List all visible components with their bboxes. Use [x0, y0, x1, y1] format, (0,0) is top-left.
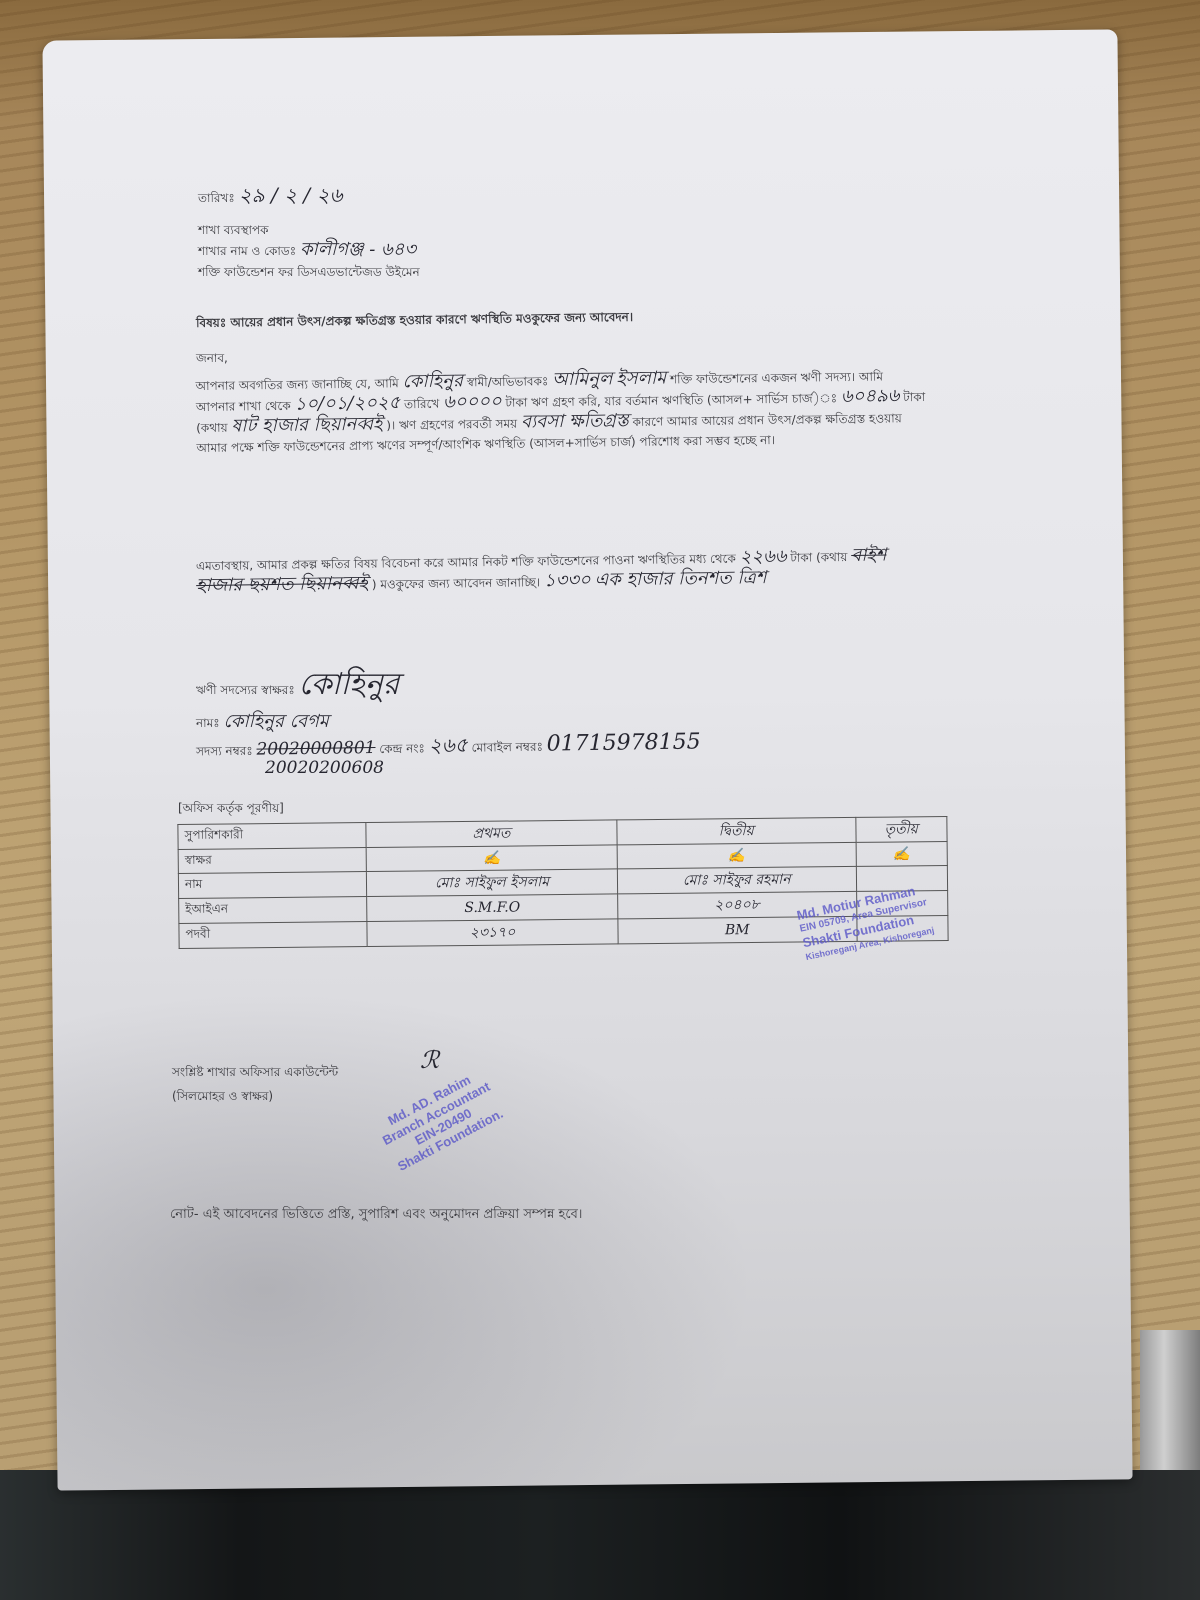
name-cell: মোঃ সাইফুল ইসলাম: [366, 869, 617, 897]
para2-text: টাকা (কথায়: [790, 550, 847, 565]
corrected-amount-field: ১৩৩০: [544, 570, 591, 592]
center-no: ২৬৫: [428, 733, 467, 758]
member-no-label: সদস্য নম্বরঃ: [196, 744, 253, 759]
recipient-title: শাখা ব্যবস্থাপক: [198, 220, 269, 240]
loan-date-field: ১০/০১/২০২৫: [294, 392, 400, 414]
guardian-name-field-cont: ইসলাম: [616, 368, 666, 390]
mobile-number: 01715978155: [547, 729, 701, 756]
para1-text: স্বামী/অভিভাবকঃ: [467, 374, 549, 389]
para1-text: তারিখে: [404, 397, 439, 411]
shadow-overlay: [52, 983, 757, 1490]
para1-text: টাকা ঋণ গ্রহণ করি, যার বর্তমান ঋণস্থিতি …: [505, 391, 837, 410]
accountant-signature: ℛ: [420, 1050, 439, 1070]
office-use-label: [অফিস কর্তৃক পূরণীয়]: [178, 798, 284, 818]
accountant-label: সংশ্লিষ্ট শাখার অফিসার একাউন্টেন্ট: [172, 1062, 338, 1082]
para1-text: )। ঋণ গ্রহণের পরবর্তী সময়: [386, 417, 517, 433]
designation-cell: ২৩১৭০: [367, 919, 618, 947]
borrower-signature-line: ঋণী সদস্যের স্বাক্ষরঃ কোহিনুর: [196, 675, 399, 700]
borrower-name: কোহিনুর বেগম: [224, 711, 329, 732]
row-header: ইআইএন: [179, 897, 367, 924]
salutation: জনাব,: [196, 348, 228, 368]
borrower-name-field: কোহিনুর: [402, 370, 463, 392]
reason-field: ব্যবসা ক্ষতিগ্রস্ত: [521, 410, 629, 433]
mobile-label: মোবাইল নম্বরঃ: [471, 740, 543, 755]
guardian-name-field: আমিনুল: [552, 368, 613, 390]
para2-text: ) মওকুফের জন্য আবেদন জানাচ্ছি।: [372, 575, 540, 591]
name-label: নামঃ: [196, 716, 220, 730]
organization-name: শক্তি ফাউন্ডেশন ফর ডিসএডভান্টেজড উইমেন: [198, 262, 420, 282]
date-value: ২৯ / ২ / ২৬: [239, 183, 343, 207]
name-cell: মোঃ সাইফুর রহমান: [617, 866, 856, 893]
row-header: স্বাক্ষর: [178, 848, 366, 874]
borrower-signature: কোহিনুর: [299, 667, 400, 702]
borrower-name-line: নামঃ কোহিনুর বেগম: [196, 712, 329, 733]
outstanding-words-field: ষাট হাজার ছিয়ানব্বই: [231, 413, 382, 436]
dark-floor-background: [0, 1470, 1200, 1600]
loan-amount-field: ৬০০০০: [443, 391, 502, 413]
note-line: নোট- এই আবেদনের ভিত্তিতে প্রস্তি, সুপারি…: [170, 1205, 582, 1225]
signature-cell: ✍: [366, 845, 617, 872]
branch-label: শাখার নাম ও কোডঃ: [198, 244, 296, 258]
accountant-sub-label: (সিলমোহর ও স্বাক্ষর): [172, 1086, 273, 1106]
row-header: নাম: [178, 872, 366, 899]
signature-cell: ✍: [856, 841, 948, 866]
signature-cell: ✍: [617, 842, 856, 868]
row-header: সুপারিশকারী: [178, 823, 366, 850]
column-header: প্রথমত: [366, 820, 617, 848]
date-line: তারিখঃ ২৯ / ২ / ২৬: [198, 185, 343, 208]
branch-line: শাখার নাম ও কোডঃ কালীগঞ্জ - ৬৪৩: [198, 240, 416, 261]
column-header: তৃতীয়: [855, 816, 947, 842]
date-label: তারিখঃ: [198, 191, 235, 205]
member-no: 20020200608: [265, 758, 384, 778]
branch-value: কালীগঞ্জ - ৬৪৩: [300, 239, 416, 260]
corrected-words-field: এক হাজার তিনশত ত্রিশ: [594, 567, 766, 590]
para1-text: আপনার অবগতির জন্য জানাচ্ছি যে, আমি: [196, 376, 399, 393]
ein-cell: S.M.F.O: [367, 894, 618, 922]
outstanding-field: ৬০৪৯৬: [841, 385, 900, 407]
waiver-amount-field: ২২৬৬: [740, 546, 787, 568]
column-header: দ্বিতীয়: [617, 817, 856, 844]
application-paragraph-1: আপনার অবগতির জন্য জানাচ্ছি যে, আমি কোহিন…: [195, 365, 926, 458]
center-label: কেন্দ্র নংঃ: [379, 741, 425, 756]
member-no-struck: 20020000801: [256, 738, 375, 760]
row-header: পদবী: [179, 922, 367, 949]
signature-label: ঋণী সদস্যের স্বাক্ষরঃ: [196, 683, 295, 697]
